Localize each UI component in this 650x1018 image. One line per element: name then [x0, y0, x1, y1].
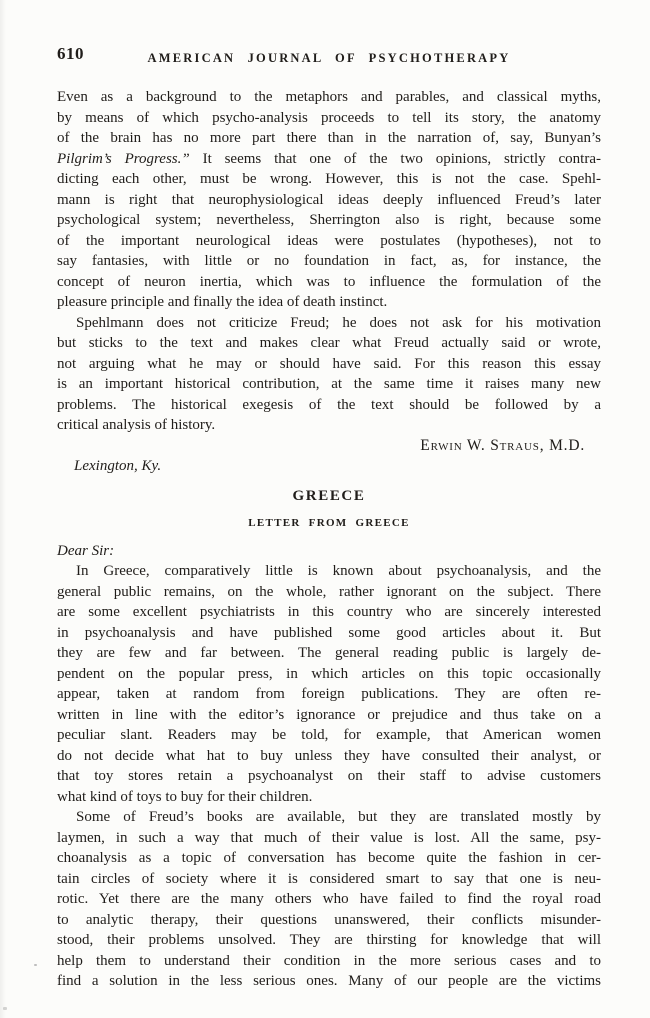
- signature-line: Erwin W. Straus, M.D.: [57, 436, 601, 457]
- text-line: psychological system; nevertheless, Sher…: [57, 210, 601, 231]
- journal-page: 610 AMERICAN JOURNAL OF PSYCHOTHERAPY Ev…: [0, 0, 650, 1018]
- text-line: are some excellent psychiatrists in this…: [57, 602, 601, 623]
- text-line: not arguing what he may or should have s…: [57, 354, 601, 375]
- section-subheading: LETTER FROM GREECE: [57, 513, 601, 534]
- text-line: rotic. Yet there are the many others who…: [57, 889, 601, 910]
- text-line: to analytic therapy, their questions una…: [57, 910, 601, 931]
- text-line: they are few and far between. The genera…: [57, 643, 601, 664]
- text-line: by means of which psycho-analysis procee…: [57, 108, 601, 129]
- text-line: Some of Freud’s books are available, but…: [57, 807, 601, 828]
- text-line: find a solution in the less serious ones…: [57, 971, 601, 992]
- text-line: Spehlmann does not criticize Freud; he d…: [57, 313, 601, 334]
- text-line: stood, their problems unsolved. They are…: [57, 930, 601, 951]
- text-line: appear, taken at random from foreign pub…: [57, 684, 601, 705]
- text-line: do not decide what hat to buy unless the…: [57, 746, 601, 767]
- text-line: what kind of toys to buy for their child…: [57, 787, 601, 808]
- book-title-italic: Pilgrim’s Progress.”: [57, 151, 190, 167]
- location-line: Lexington, Ky.: [57, 456, 601, 477]
- text-line: tain circles of society where it is cons…: [57, 869, 601, 890]
- text-line: laymen, in such a way that much of their…: [57, 828, 601, 849]
- text-line: mann is right that neurophysiological id…: [57, 190, 601, 211]
- salutation: Dear Sir:: [57, 541, 601, 562]
- text-line: dicting each other, must be wrong. Howev…: [57, 169, 601, 190]
- letter-paragraph-1: In Greece, comparatively little is known…: [57, 561, 601, 807]
- text-line: but sticks to the text and makes clear w…: [57, 333, 601, 354]
- text-line: help them to understand their condition …: [57, 951, 601, 972]
- text-line: is an important historical contribution,…: [57, 374, 601, 395]
- greece-letter-section: GREECE LETTER FROM GREECE Dear Sir: In G…: [57, 486, 601, 992]
- review-paragraph-1-continued: dicting each other, must be wrong. Howev…: [57, 169, 601, 292]
- text-line: concept of neuron inertia, which was to …: [57, 272, 601, 293]
- page-content: Even as a background to the metaphors an…: [0, 66, 650, 992]
- text-line: problems. The historical exegesis of the…: [57, 395, 601, 416]
- text-line: of the brain has no more part there than…: [57, 128, 601, 149]
- text-line: choanalysis as a topic of conversation h…: [57, 848, 601, 869]
- review-paragraph-2: Spehlmann does not criticize Freud; he d…: [57, 313, 601, 436]
- section-heading: GREECE: [57, 486, 601, 507]
- text-segment: It seems that one of the two opinions, s…: [203, 151, 601, 167]
- page-header: 610 AMERICAN JOURNAL OF PSYCHOTHERAPY: [0, 0, 650, 66]
- text-line-with-book-title: Pilgrim’s Progress.” It seems that one o…: [57, 149, 601, 170]
- text-line: Even as a background to the metaphors an…: [57, 87, 601, 108]
- scan-speck: [3, 1007, 7, 1010]
- review-conclusion-section: Even as a background to the metaphors an…: [57, 87, 601, 477]
- text-line: written in line with the editor’s ignora…: [57, 705, 601, 726]
- text-line: that toy stores retain a psychoanalyst o…: [57, 766, 601, 787]
- text-line: pleasure principle and finally the idea …: [57, 292, 601, 313]
- text-line: In Greece, comparatively little is known…: [57, 561, 601, 582]
- letter-paragraph-2: Some of Freud’s books are available, but…: [57, 807, 601, 992]
- text-line: pendent on the popular press, in which a…: [57, 664, 601, 685]
- journal-title: AMERICAN JOURNAL OF PSYCHOTHERAPY: [57, 48, 601, 69]
- text-line: general public remains, on the whole, ra…: [57, 582, 601, 603]
- text-line: critical analysis of history.: [57, 415, 601, 436]
- text-line: of the important neurological ideas were…: [57, 231, 601, 252]
- review-paragraph-1: Even as a background to the metaphors an…: [57, 87, 601, 149]
- scan-speck: [34, 964, 37, 966]
- text-line: say fantasies, with little or no foundat…: [57, 251, 601, 272]
- text-line: peculiar slant. Readers may be told, for…: [57, 725, 601, 746]
- text-line: in psychoanalysis and have published som…: [57, 623, 601, 644]
